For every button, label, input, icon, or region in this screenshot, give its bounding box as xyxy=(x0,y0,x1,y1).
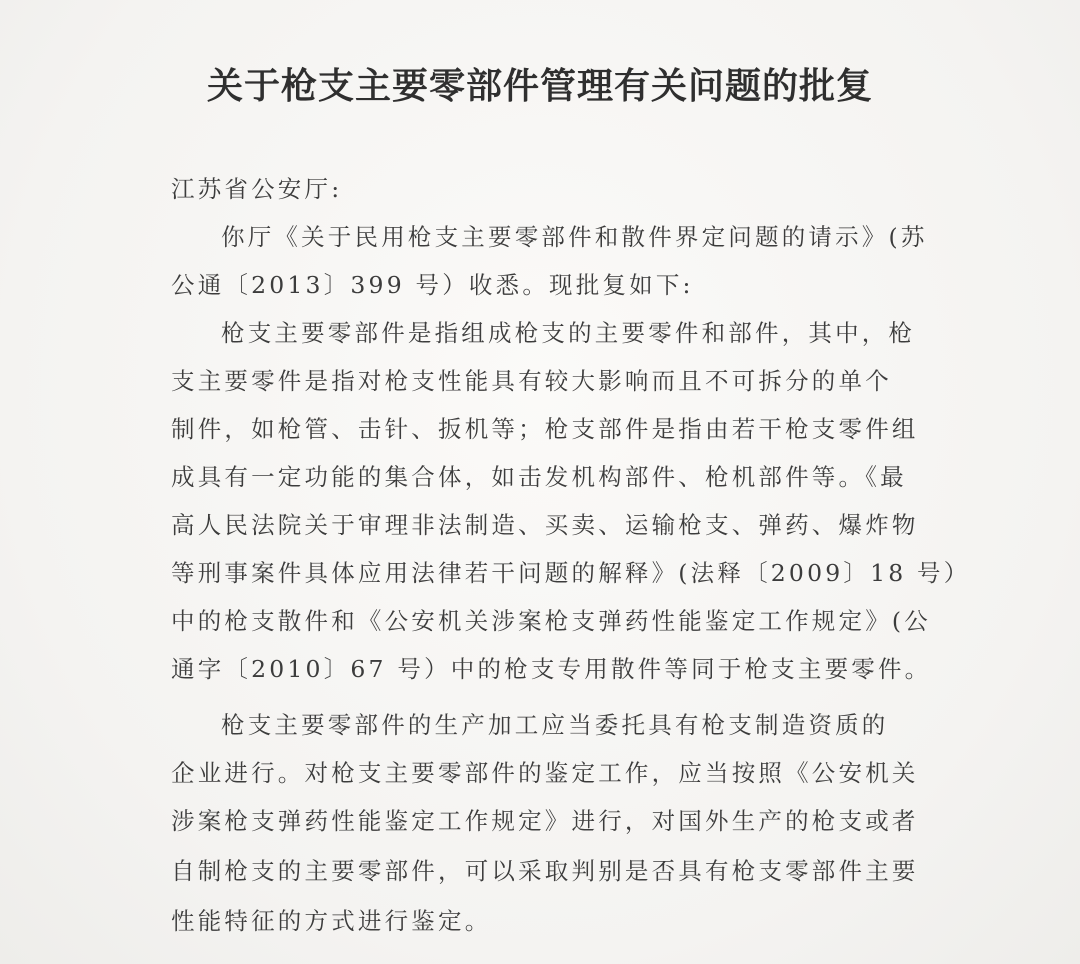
paragraph-2-line-6: 等刑事案件具体应用法律若干问题的解释》(法释〔2009〕18 号） xyxy=(171,554,941,588)
paragraph-1-line-1: 你厅《关于民用枪支主要零部件和散件界定问题的请示》(苏 xyxy=(221,218,941,252)
paragraph-2-line-2: 支主要零件是指对枪支性能具有较大影响而且不可拆分的单个 xyxy=(171,362,941,396)
paragraph-1-line-2: 公通〔2013〕399 号）收悉。现批复如下: xyxy=(171,266,941,300)
paragraph-2-line-3: 制件，如枪管、击针、扳机等；枪支部件是指由若干枪支零件组 xyxy=(171,410,941,444)
document-page: 关于枪支主要零部件管理有关问题的批复 江苏省公安厅: 你厅《关于民用枪支主要零部… xyxy=(0,0,1080,964)
paragraph-3-line-1: 枪支主要零部件的生产加工应当委托具有枪支制造资质的 xyxy=(221,706,941,740)
addressee: 江苏省公安厅: xyxy=(171,170,941,204)
paragraph-3-line-4: 自制枪支的主要零部件，可以采取判别是否具有枪支零部件主要 xyxy=(171,852,941,886)
paragraph-3-line-2: 企业进行。对枪支主要零部件的鉴定工作，应当按照《公安机关 xyxy=(171,754,941,788)
paragraph-2-line-5: 高人民法院关于审理非法制造、买卖、运输枪支、弹药、爆炸物 xyxy=(171,506,941,540)
paragraph-2-line-4: 成具有一定功能的集合体，如击发机构部件、枪机部件等。《最 xyxy=(171,458,941,492)
paragraph-2-line-8: 通字〔2010〕67 号）中的枪支专用散件等同于枪支主要零件。 xyxy=(171,650,941,684)
document-title: 关于枪支主要零部件管理有关问题的批复 xyxy=(0,58,1080,109)
paragraph-3-line-3: 涉案枪支弹药性能鉴定工作规定》进行，对国外生产的枪支或者 xyxy=(171,802,941,836)
paragraph-2-line-1: 枪支主要零部件是指组成枪支的主要零件和部件，其中，枪 xyxy=(221,314,941,348)
paragraph-2-line-7: 中的枪支散件和《公安机关涉案枪支弹药性能鉴定工作规定》(公 xyxy=(171,602,941,636)
paragraph-3-line-5: 性能特征的方式进行鉴定。 xyxy=(171,902,941,936)
